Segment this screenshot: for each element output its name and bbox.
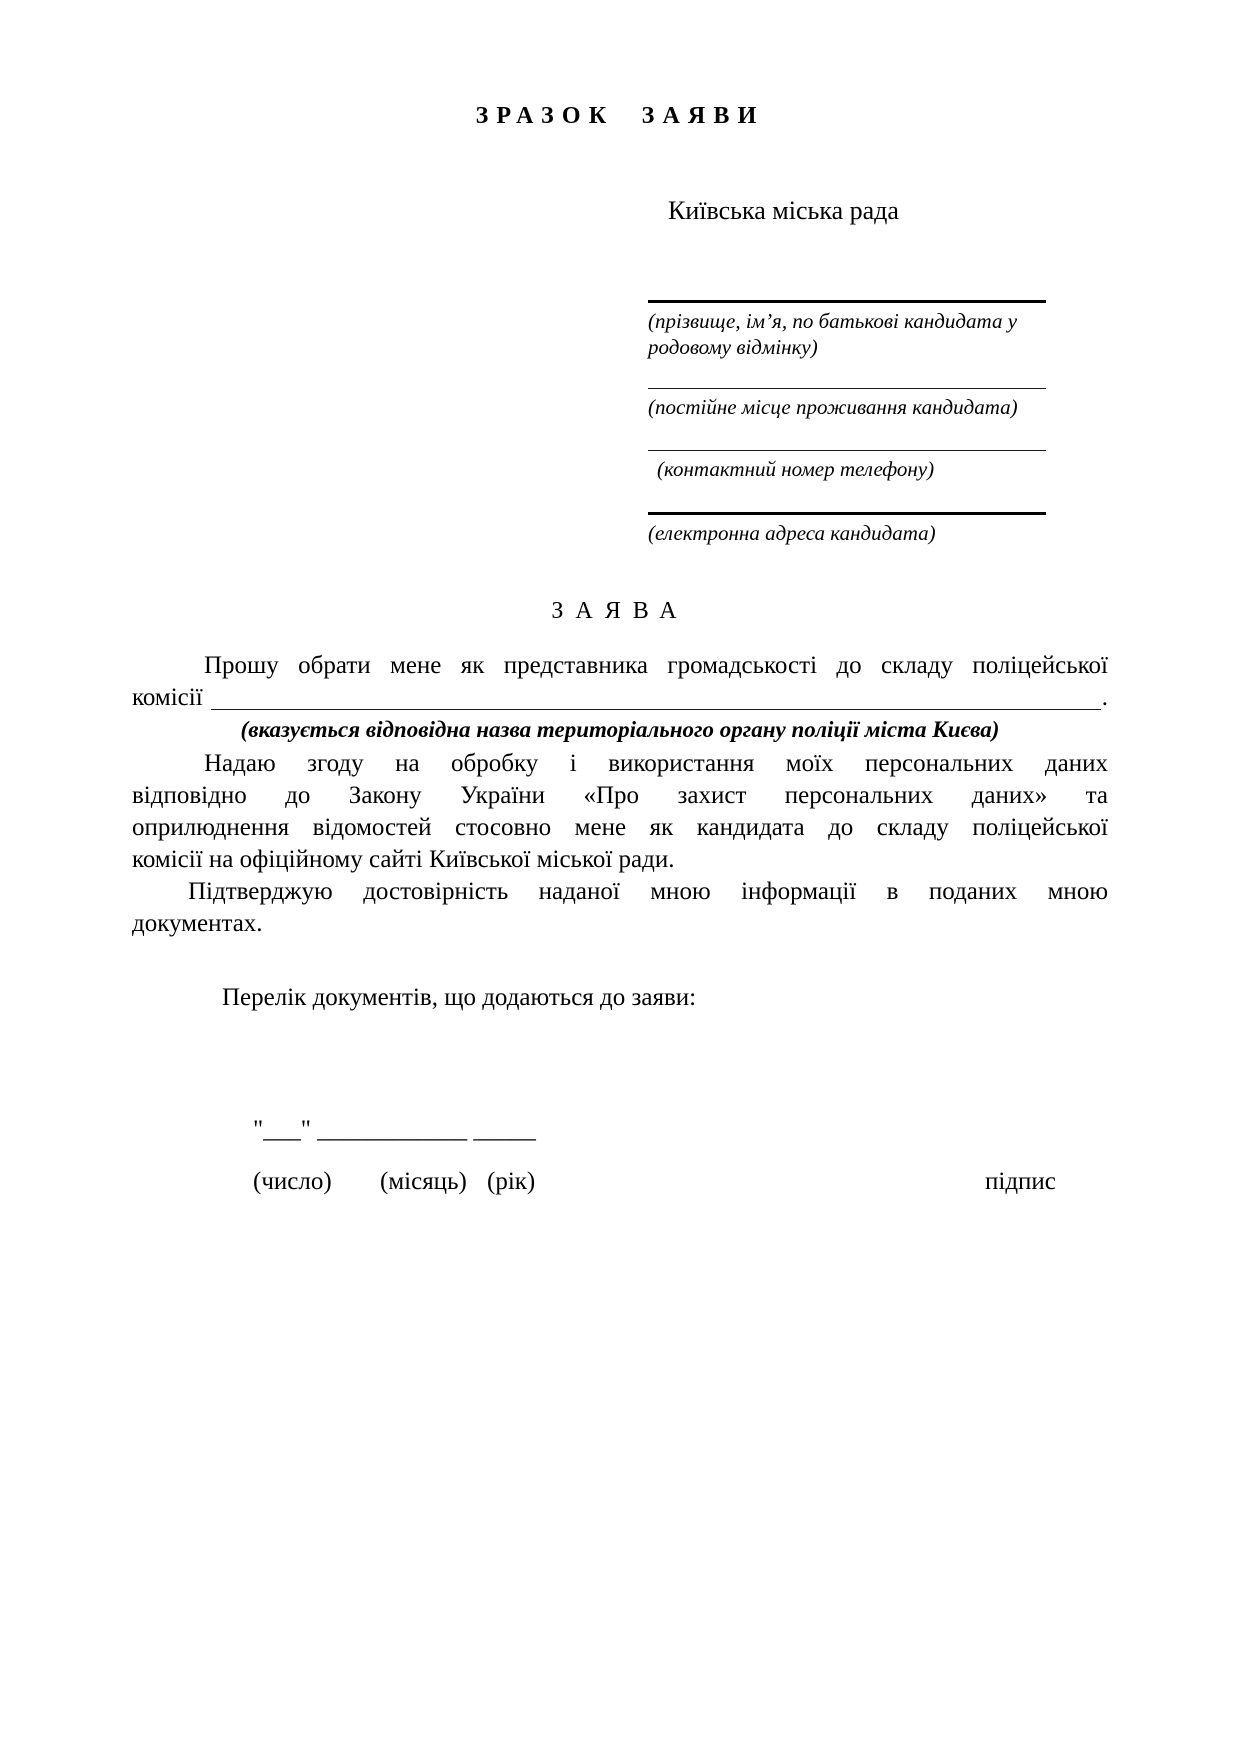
field-caption: (електронна адреса кандидата) bbox=[648, 515, 1046, 546]
paragraph-line: Надаю згоду на обробку і використання мо… bbox=[132, 748, 1108, 780]
attachments-label: Перелік документів, що додаються до заяв… bbox=[132, 984, 1108, 1012]
year-label: (рік) bbox=[487, 1168, 535, 1196]
form-field-phone: (контактний номер телефону) bbox=[648, 450, 1046, 482]
paragraph-line: комісії на офіційному сайті Київської мі… bbox=[132, 844, 1108, 876]
application-heading: ЗАЯВА bbox=[0, 598, 1240, 625]
signature-label: підпис bbox=[985, 1168, 1056, 1196]
paragraph-line: відповідно до Закону України «Про захист… bbox=[132, 780, 1108, 812]
paragraph-line: документах. bbox=[132, 908, 1108, 940]
paragraph-consent: Надаю згоду на обробку і використання мо… bbox=[132, 748, 1108, 876]
form-field-residence: (постійне місце проживання кандидата) bbox=[648, 388, 1046, 420]
fill-suffix: . bbox=[1102, 682, 1108, 714]
form-field-candidate-name: (прізвище, ім’я, по батькові кандидата у… bbox=[648, 300, 1046, 360]
addressee-name: Київська міська рада bbox=[668, 196, 899, 226]
commission-fill-line: комісії . bbox=[132, 682, 1108, 714]
paragraph-line: Прошу обрати мене як представника громад… bbox=[132, 650, 1108, 682]
document-title: ЗРАЗОК ЗАЯВИ bbox=[0, 103, 1240, 130]
field-caption: (прізвище, ім’я, по батькові кандидата у… bbox=[648, 303, 1046, 360]
day-label: (число) bbox=[253, 1168, 332, 1196]
date-fill-line: "___" ____________ _____ bbox=[253, 1116, 536, 1144]
month-label: (місяць) bbox=[380, 1168, 467, 1196]
application-body: Прошу обрати мене як представника громад… bbox=[132, 650, 1108, 940]
paragraph-request: Прошу обрати мене як представника громад… bbox=[132, 650, 1108, 682]
blank-underline bbox=[211, 682, 1101, 710]
territorial-organ-caption: (вказується відповідна назва територіаль… bbox=[132, 714, 1108, 746]
field-caption: (постійне місце проживання кандидата) bbox=[648, 389, 1046, 420]
paragraph-line: Підтверджую достовірність наданої мною і… bbox=[132, 876, 1108, 908]
paragraph-line: оприлюднення відомостей стосовно мене як… bbox=[132, 812, 1108, 844]
application-form-page: ЗРАЗОК ЗАЯВИ Київська міська рада (прізв… bbox=[0, 0, 1240, 1755]
field-caption: (контактний номер телефону) bbox=[648, 451, 1046, 482]
fill-prefix: комісії bbox=[132, 682, 203, 714]
form-field-email: (електронна адреса кандидата) bbox=[648, 512, 1046, 546]
paragraph-confirmation: Підтверджую достовірність наданої мною і… bbox=[132, 876, 1108, 940]
signature-labels-row: (число) (місяць) (рік) підпис bbox=[0, 1168, 1240, 1200]
